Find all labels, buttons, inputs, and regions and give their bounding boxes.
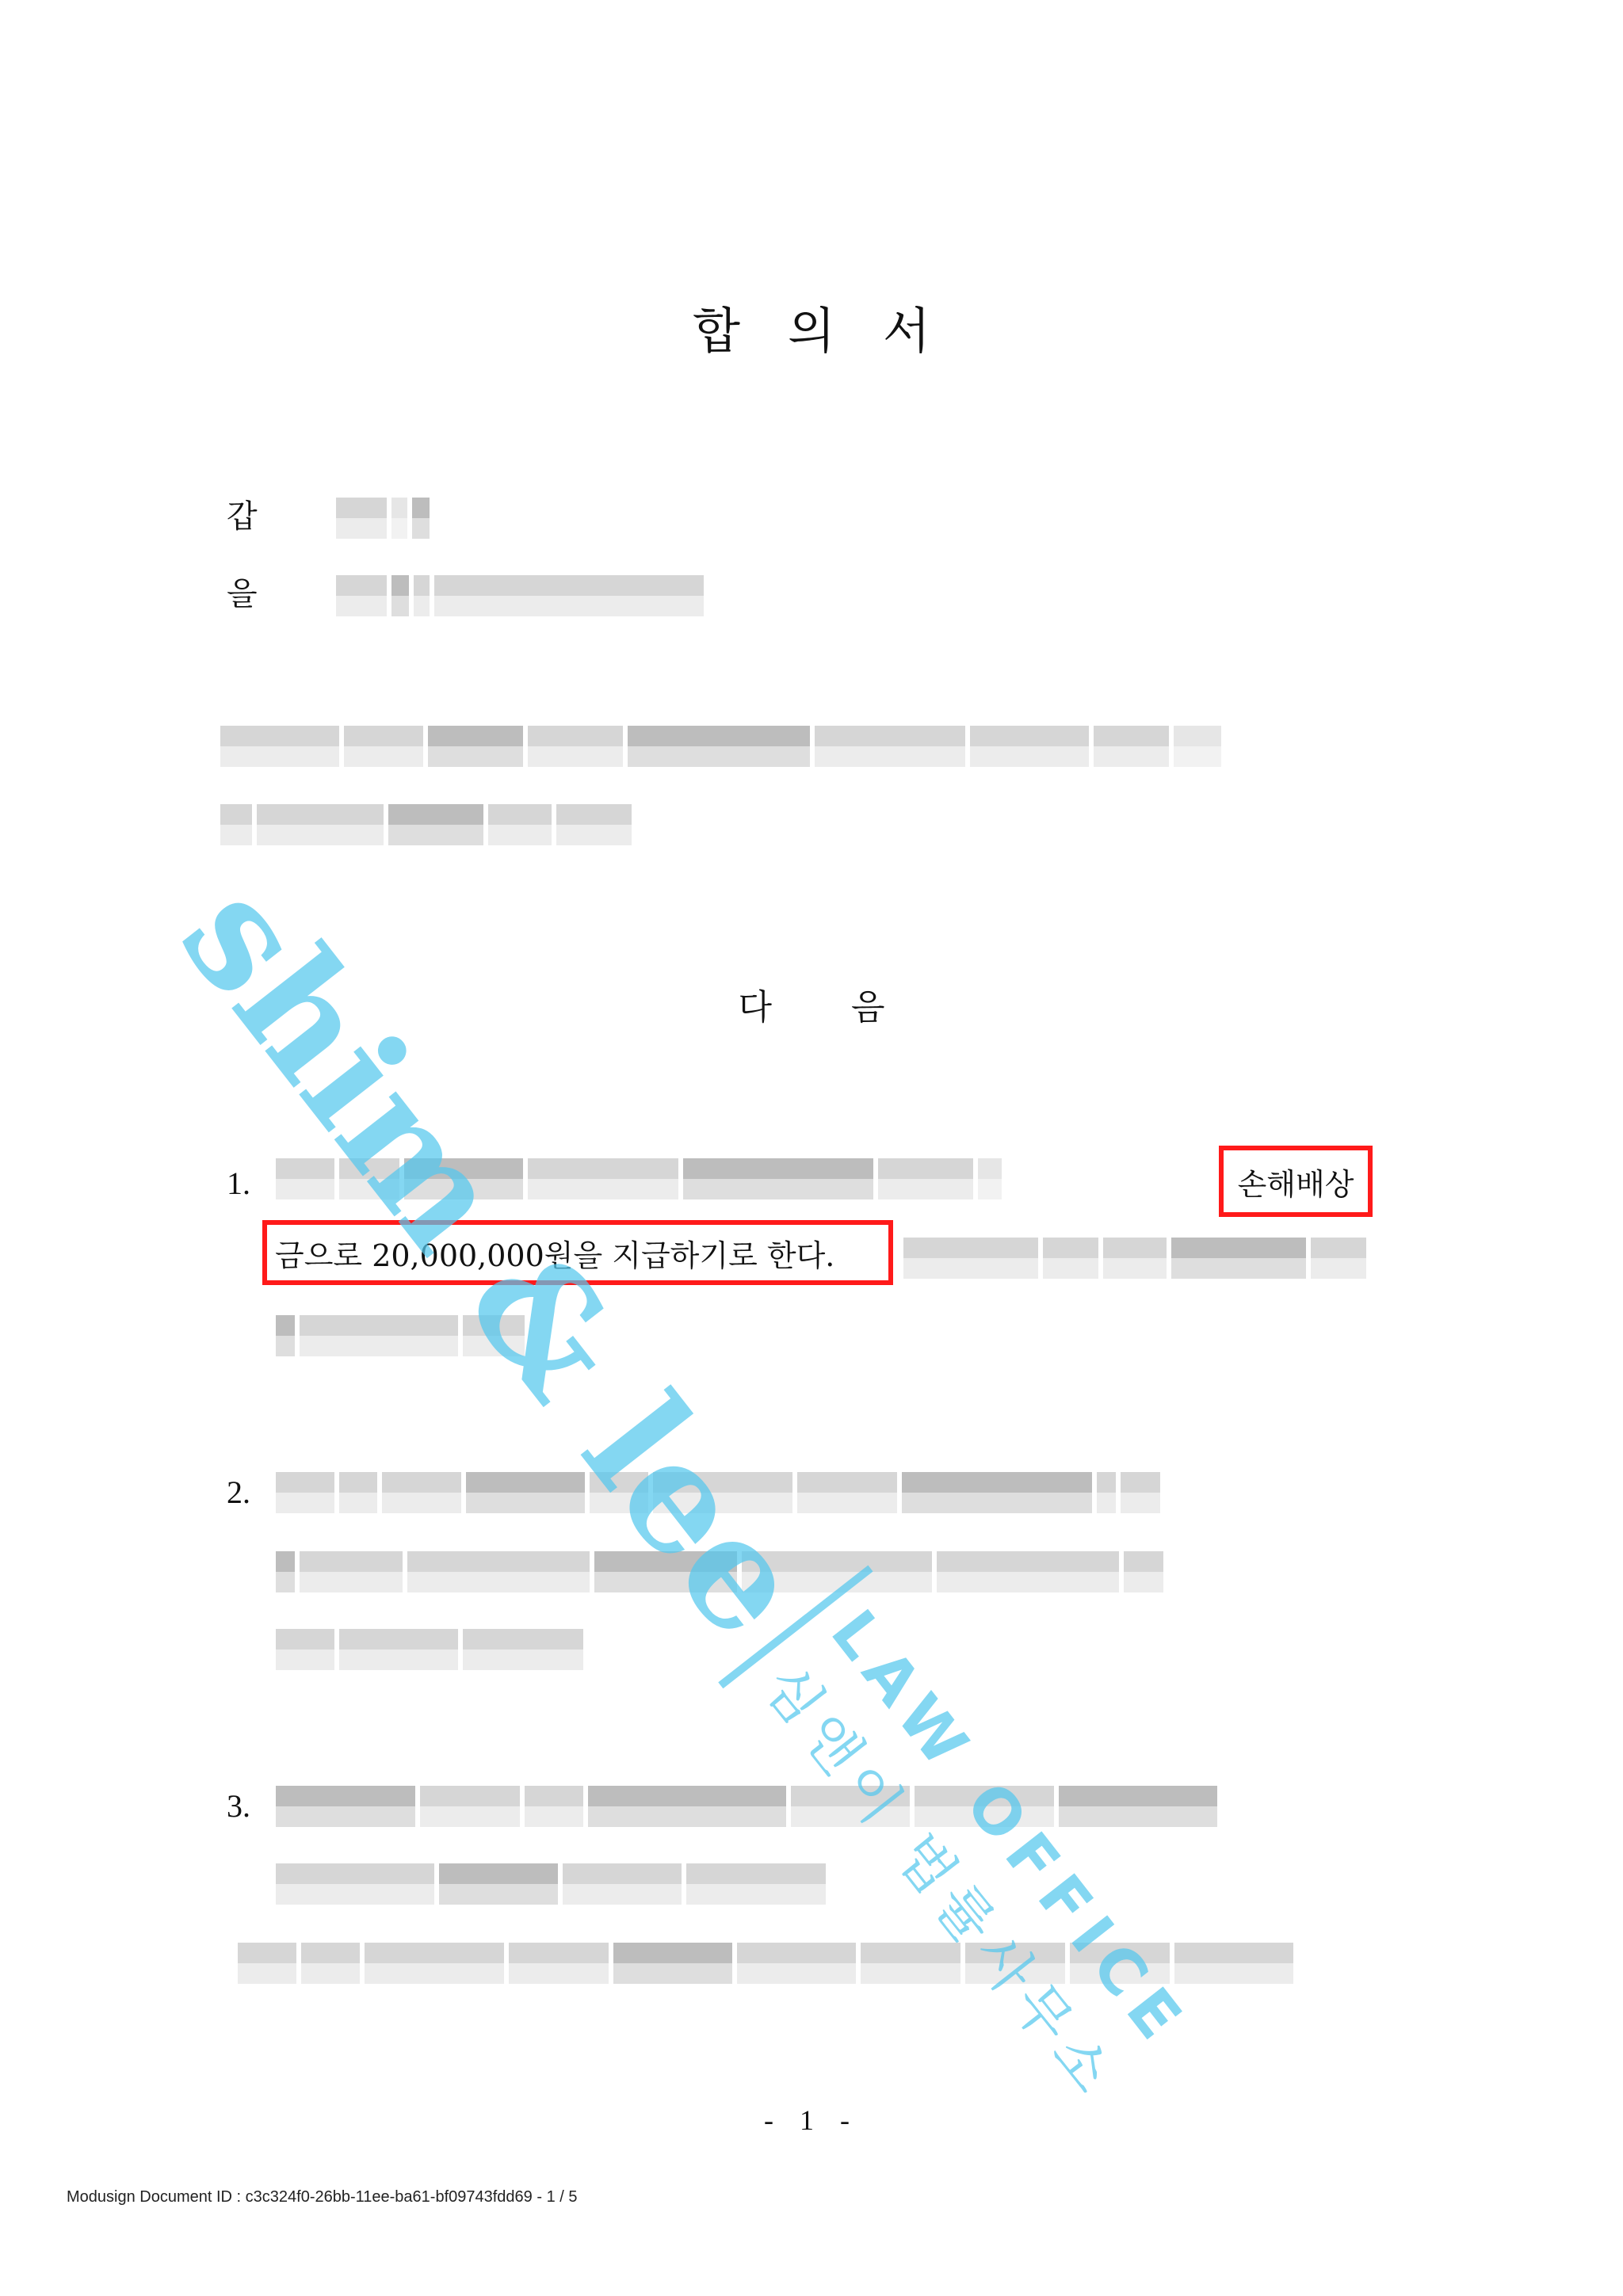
item-3-number: 3. xyxy=(227,1787,250,1825)
document-id-footer: Modusign Document ID : c3c324f0-26bb-11e… xyxy=(67,2188,578,2206)
item-2-number: 2. xyxy=(227,1474,250,1511)
highlight-payment: 금으로 20,000,000원을 지급하기로 한다. xyxy=(262,1220,893,1285)
item-1-number: 1. xyxy=(227,1165,250,1202)
highlight-payment-text: 금으로 20,000,000원을 지급하기로 한다. xyxy=(275,1231,834,1275)
party-a-label: 갑 xyxy=(227,491,258,536)
document-title: 합의서 xyxy=(0,292,1623,362)
party-b-label: 을 xyxy=(227,569,258,614)
party-b-redacted xyxy=(336,575,704,616)
page-number: - 1 - xyxy=(0,2103,1623,2137)
item-2-line-3-redacted xyxy=(276,1629,583,1670)
watermark-law-office: LAW OFFICE xyxy=(817,1597,1201,2061)
item-3-line-3-redacted xyxy=(238,1943,1293,1984)
item-3-line-1-redacted xyxy=(276,1786,1217,1827)
highlight-damages-text: 손해배상 xyxy=(1238,1160,1354,1203)
highlight-damages: 손해배상 xyxy=(1219,1146,1373,1217)
item-2-line-2-redacted xyxy=(276,1551,1163,1592)
item-2-line-1-redacted xyxy=(276,1472,1160,1513)
intro-line-2-redacted xyxy=(220,804,632,845)
document-page: 합의서 갑 을 다음 1. 손해배상 금으로 20,000,000원을 지급하기… xyxy=(0,0,1623,2296)
item-1-line-3-redacted xyxy=(276,1315,525,1356)
intro-line-1-redacted xyxy=(220,726,1221,767)
item-3-line-2-redacted xyxy=(276,1863,826,1905)
party-a-redacted xyxy=(336,498,455,539)
watermark-sub: LAW OFFICE 심앤이 법률사무소 xyxy=(748,1597,1201,2115)
item-1-line-1-redacted xyxy=(276,1158,1002,1199)
section-heading: 다음 xyxy=(0,978,1623,1029)
item-1-line-2-redacted xyxy=(903,1238,1366,1279)
